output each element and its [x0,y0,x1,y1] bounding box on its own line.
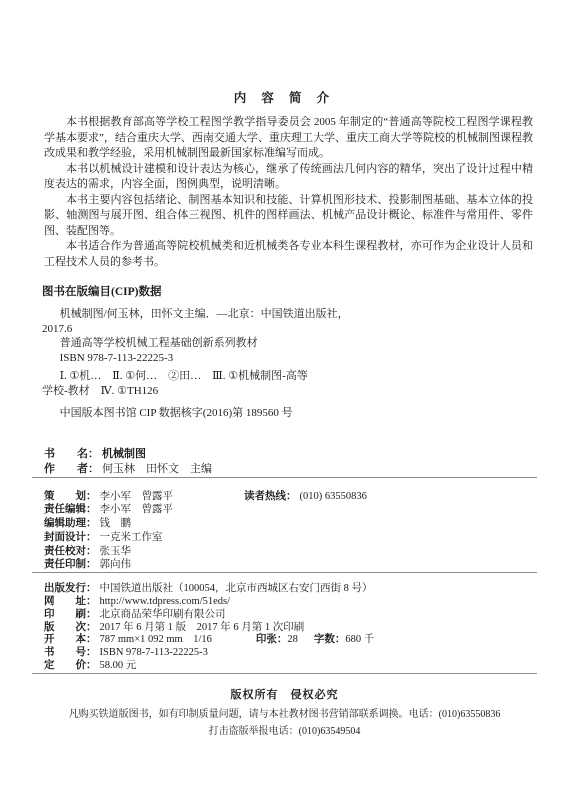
edition-value: 2017 年 6 月第 1 版 2017 年 6 月第 1 次印刷 [100,622,305,635]
reader-hotline-label: 读者热线： [244,490,297,504]
divider-3 [32,673,537,674]
website-row: 网 址： http://www.tdpress.com/51eds/ [44,596,537,609]
intro-paragraph-1: 本书根据教育部高等学校工程图学教学指导委员会 2005 年制定的“普通高等院校工… [44,115,533,162]
book-author-label: 作 者： [44,462,99,477]
book-title-value: 机械制图 [102,447,146,462]
staff-editor-value: 李小军 曾露平 [100,503,174,517]
book-author-row: 作 者： 何玉林 田怀文 主编 [44,462,537,477]
staff-row-editor: 责任编辑： 李小军 曾露平 [44,503,537,517]
format-label: 开 本： [44,634,97,647]
price-label: 定 价： [44,660,97,673]
book-title-row: 书 名： 机械制图 [44,447,537,462]
publishing-section: 出版发行： 中国铁道出版社（100054，北京市西城区右安门西街 8 号） 网 … [32,583,537,673]
cip-line-year: 2017.6 [42,322,537,337]
staff-proofreader-value: 张玉华 [100,545,132,559]
divider-1 [32,477,537,478]
website-label: 网 址： [44,596,97,609]
reader-hotline: 读者热线： (010) 63550836 [244,490,367,504]
staff-cover-design-value: 一克米工作室 [100,531,163,545]
isbn-value: ISBN 978-7-113-22225-3 [100,647,208,660]
publisher-label: 出版发行： [44,583,97,596]
price-value: 58.00 元 [100,660,137,673]
divider-2 [32,572,537,573]
format-row: 开 本： 787 mm×1 092 mm 1/16 印张：28 字数：680 千 [44,634,537,647]
staff-planner-value: 李小军 曾露平 [100,490,174,504]
publisher-row: 出版发行： 中国铁道出版社（100054，北京市西城区右安门西街 8 号） [44,583,537,596]
page-content: 内 容 简 介 本书根据教育部高等学校工程图学教学指导委员会 2005 年制定的… [32,0,537,738]
book-author-value: 何玉林 田怀文 主编 [102,462,212,477]
copyright-notice: 版权所有 侵权必究 [32,686,537,702]
staff-assistant-label: 编辑助理： [44,517,97,531]
print-sheets-value: 28 [287,634,298,645]
piracy-report-hotline: 打击盗版举报电话：(010)63549504 [32,726,537,738]
cip-classification: Ⅰ. ①机… Ⅱ. ①何… ②田… Ⅲ. ①机械制图-高等 学校-教材 Ⅳ. ①… [42,369,537,398]
staff-row-proofreader: 责任校对： 张玉华 [44,545,537,559]
word-count-label: 字数： [314,634,346,645]
book-info-section: 书 名： 机械制图 作 者： 何玉林 田怀文 主编 [32,447,537,477]
isbn-row: 书 号： ISBN 978-7-113-22225-3 [44,647,537,660]
quality-exchange-note: 凡购买铁道版图书，如有印制质量问题，请与本社教材图书营销部联系调换。电话：(01… [32,709,537,721]
cip-block: 机械制图/何玉林，田怀文主编．—北京：中国铁道出版社， 2017.6 普通高等学… [32,307,537,421]
intro-section: 本书根据教育部高等学校工程图学教学指导委员会 2005 年制定的“普通高等院校工… [32,115,537,270]
staff-section: 策 划： 李小军 曾露平 责任编辑： 李小军 曾露平 编辑助理： 钱 鹏 封面设… [32,490,537,573]
staff-editor-label: 责任编辑： [44,503,97,517]
website-url: http://www.tdpress.com/51eds/ [100,596,231,609]
cip-line-series: 普通高等学校机械工程基础创新系列教材 [42,336,537,351]
printer-value: 北京商品荣华印刷有限公司 [100,609,226,622]
edition-row: 版 次： 2017 年 6 月第 1 版 2017 年 6 月第 1 次印刷 [44,622,537,635]
isbn-label: 书 号： [44,647,97,660]
cip-class-line-2: 学校-教材 Ⅳ. ①TH126 [42,384,537,399]
reader-hotline-number: (010) 63550836 [300,490,367,504]
word-count: 字数：680 千 [314,634,374,647]
staff-row-print-supervisor: 责任印制： 郭向伟 [44,558,537,572]
book-title-label: 书 名： [44,447,99,462]
format-value: 787 mm×1 092 mm 1/16 [100,634,212,647]
word-count-value: 680 千 [345,634,374,645]
print-sheets: 印张：28 [256,634,298,647]
intro-title: 内 容 简 介 [32,88,537,106]
edition-label: 版 次： [44,622,97,635]
cip-line-isbn: ISBN 978-7-113-22225-3 [42,351,537,366]
intro-paragraph-3: 本书主要内容包括绪论、制图基本知识和技能、计算机图形技术、投影制图基础、基本立体… [44,193,533,240]
printer-row: 印 刷： 北京商品荣华印刷有限公司 [44,609,537,622]
staff-row-assistant: 编辑助理： 钱 鹏 [44,517,537,531]
staff-row-cover-design: 封面设计： 一克米工作室 [44,531,537,545]
staff-planner-label: 策 划： [44,490,97,504]
print-sheets-label: 印张： [256,634,288,645]
printer-label: 印 刷： [44,609,97,622]
cip-line-title: 机械制图/何玉林，田怀文主编．—北京：中国铁道出版社， [42,307,537,322]
staff-assistant-value: 钱 鹏 [100,517,132,531]
cip-class-line-1: Ⅰ. ①机… Ⅱ. ①何… ②田… Ⅲ. ①机械制图-高等 [42,369,537,384]
staff-print-supervisor-value: 郭向伟 [100,558,132,572]
intro-paragraph-4: 本书适合作为普通高等院校机械类和近机械类各专业本科生课程教材，亦可作为企业设计人… [44,239,533,270]
intro-paragraph-2: 本书以机械设计建模和设计表达为核心，继承了传统画法几何内容的精华，突出了设计过程… [44,162,533,193]
staff-proofreader-label: 责任校对： [44,545,97,559]
publisher-value: 中国铁道出版社（100054，北京市西城区右安门西街 8 号） [100,583,373,596]
staff-print-supervisor-label: 责任印制： [44,558,97,572]
staff-cover-design-label: 封面设计： [44,531,97,545]
price-row: 定 价： 58.00 元 [44,660,537,673]
cip-record-number: 中国版本图书馆 CIP 数据核字(2016)第 189560 号 [42,406,537,421]
cip-heading: 图书在版编目(CIP)数据 [32,283,537,299]
book-copyright-page: 内 容 简 介 本书根据教育部高等学校工程图学教学指导委员会 2005 年制定的… [0,0,566,800]
